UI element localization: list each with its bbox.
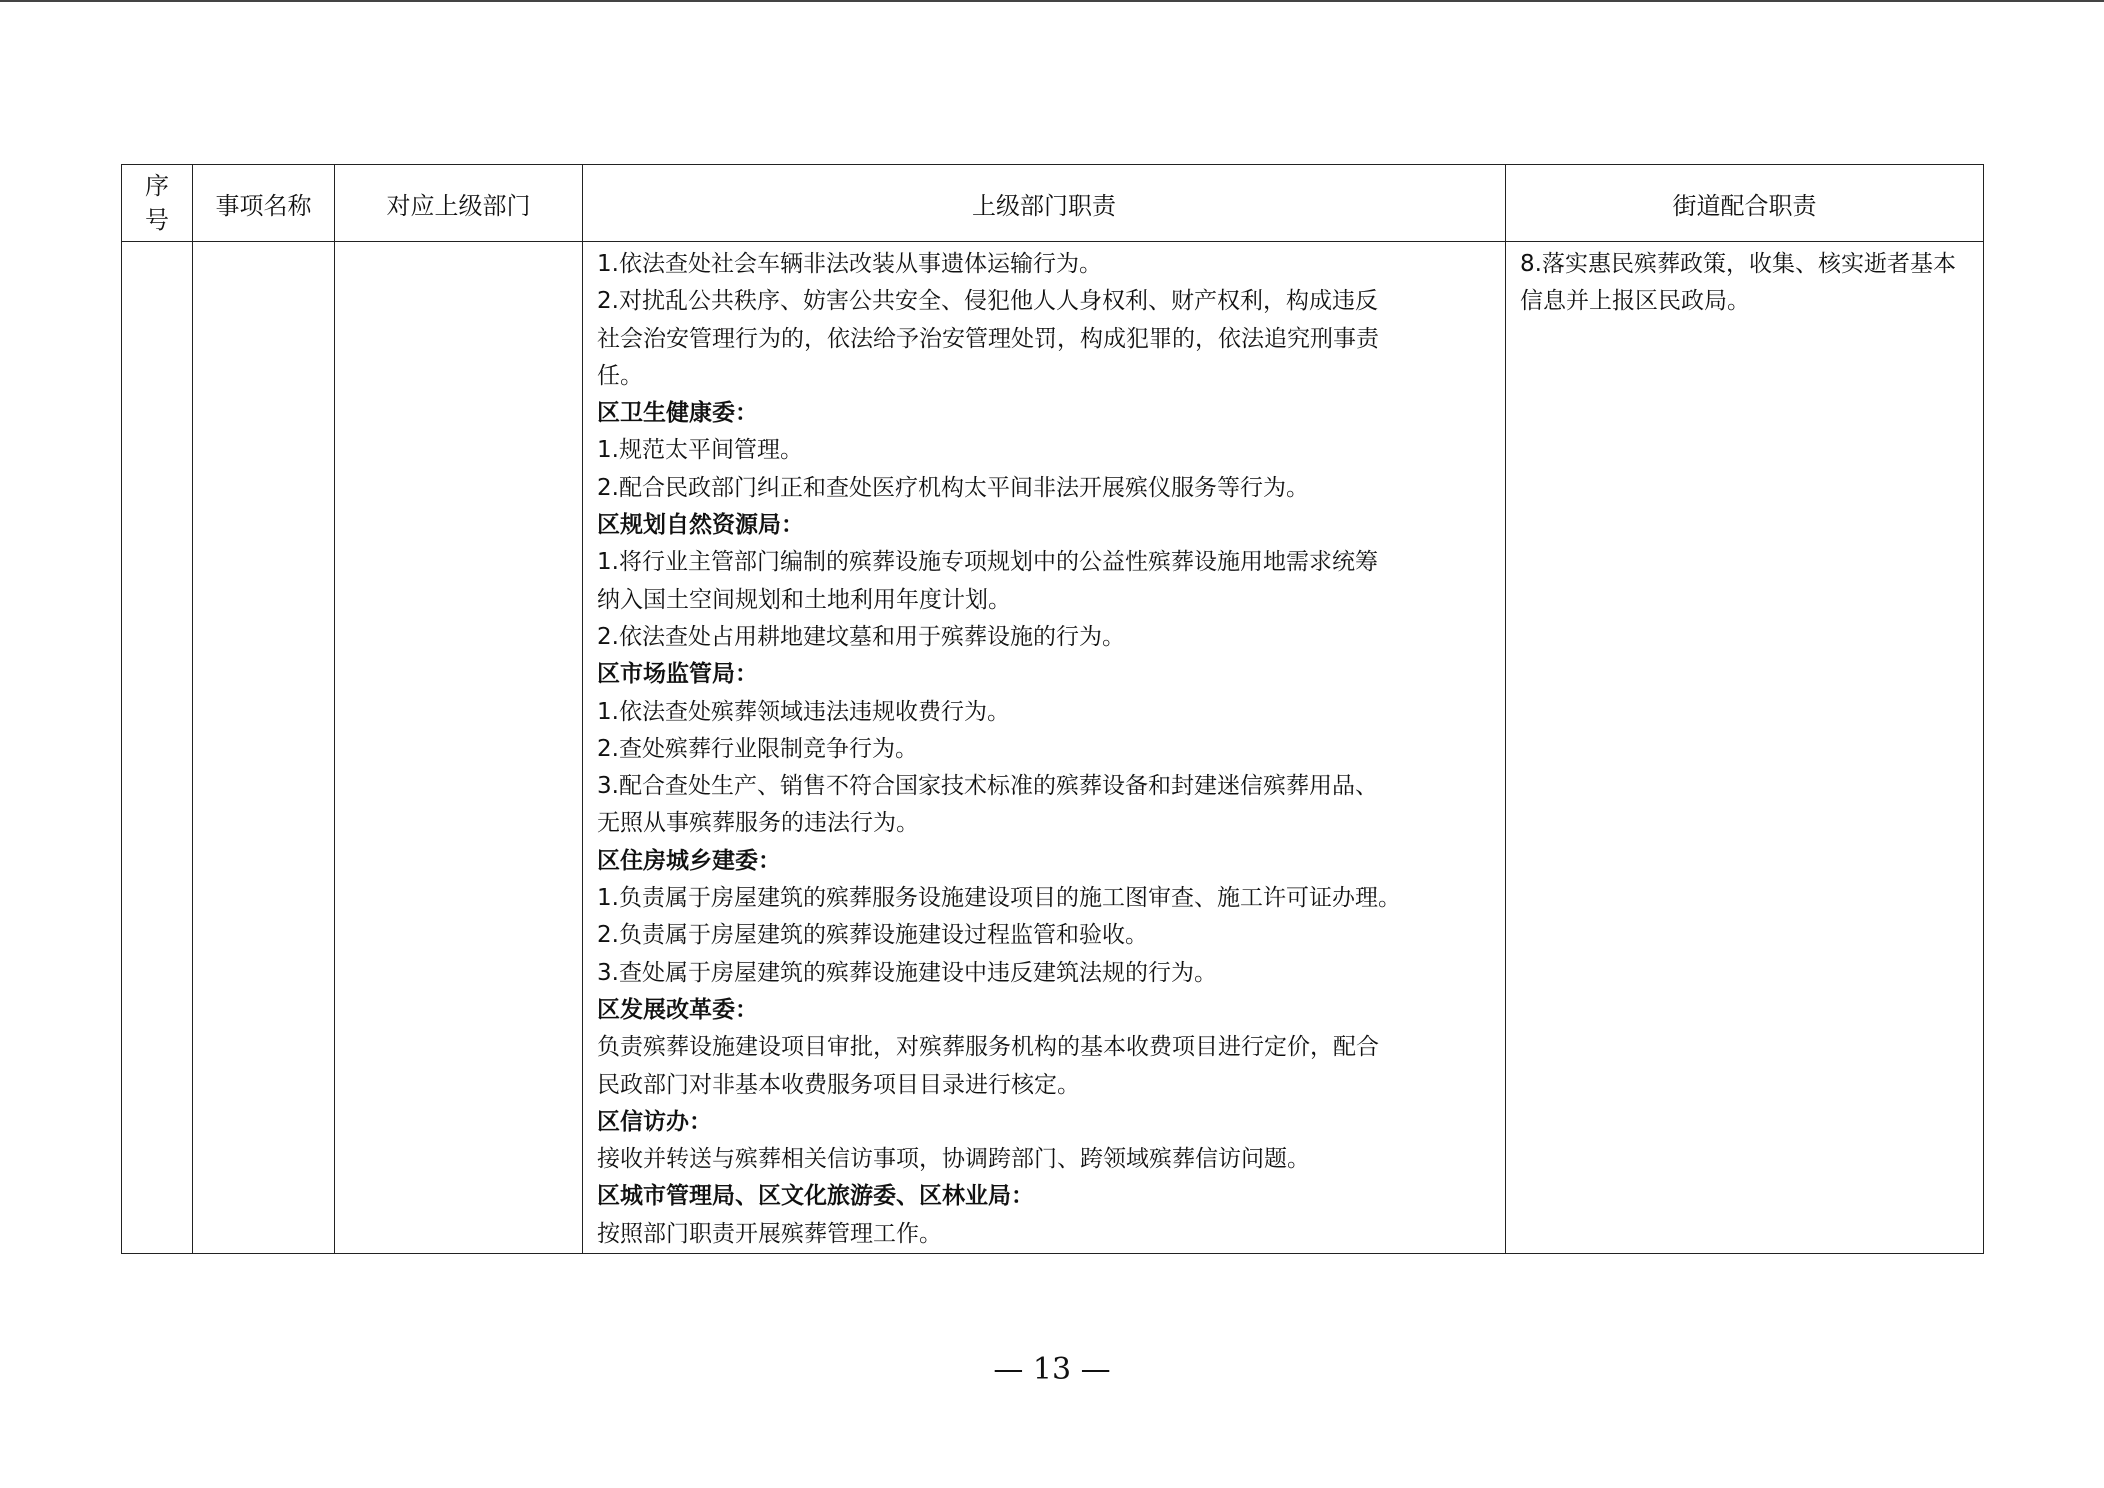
duty-line: 任。 bbox=[597, 358, 1493, 395]
duty-line: 负责殡葬设施建设项目审批，对殡葬服务机构的基本收费项目进行定价，配合 bbox=[597, 1029, 1493, 1066]
street-duties-text: 8.落实惠民殡葬政策，收集、核实逝者基本信息并上报区民政局。 bbox=[1506, 242, 1983, 321]
duty-line: 民政部门对非基本收费服务项目目录进行核定。 bbox=[597, 1067, 1493, 1104]
cell-street-duties: 8.落实惠民殡葬政策，收集、核实逝者基本信息并上报区民政局。 bbox=[1506, 242, 1984, 1254]
duty-line: 3.查处属于房屋建筑的殡葬设施建设中违反建筑法规的行为。 bbox=[597, 955, 1493, 992]
table-header-row: 序 号 事项名称 对应上级部门 上级部门职责 街道配合职责 bbox=[122, 165, 1984, 242]
duty-line: 2.依法查处占用耕地建坟墓和用于殡葬设施的行为。 bbox=[597, 619, 1493, 656]
dept-heading: 区发展改革委： bbox=[597, 992, 1493, 1029]
dept-heading: 区规划自然资源局： bbox=[597, 507, 1493, 544]
duty-line: 接收并转送与殡葬相关信访事项，协调跨部门、跨领域殡葬信访问题。 bbox=[597, 1141, 1493, 1178]
duty-line: 1.负责属于房屋建筑的殡葬服务设施建设项目的施工图审查、施工许可证办理。 bbox=[597, 880, 1493, 917]
duty-line: 1.依法查处殡葬领域违法违规收费行为。 bbox=[597, 694, 1493, 731]
duty-line: 纳入国土空间规划和土地利用年度计划。 bbox=[597, 582, 1493, 619]
duty-line: 2.查处殡葬行业限制竞争行为。 bbox=[597, 731, 1493, 768]
duty-line: 2.配合民政部门纠正和查处医疗机构太平间非法开展殡仪服务等行为。 bbox=[597, 470, 1493, 507]
dept-heading: 区卫生健康委： bbox=[597, 395, 1493, 432]
header-street-duties: 街道配合职责 bbox=[1506, 165, 1984, 242]
duty-line: 1.规范太平间管理。 bbox=[597, 432, 1493, 469]
page-top-border bbox=[0, 0, 2104, 2]
duties-table: 序 号 事项名称 对应上级部门 上级部门职责 街道配合职责 1.依法查处社会车辆… bbox=[121, 164, 1984, 1254]
duty-line: 1.将行业主管部门编制的殡葬设施专项规划中的公益性殡葬设施用地需求统筹 bbox=[597, 544, 1493, 581]
header-item-name: 事项名称 bbox=[193, 165, 335, 242]
duty-line: 社会治安管理行为的，依法给予治安管理处罚，构成犯罪的，依法追究刑事责 bbox=[597, 321, 1493, 358]
superior-duties-list: 1.依法查处社会车辆非法改装从事遗体运输行为。2.对扰乱公共秩序、妨害公共安全、… bbox=[583, 242, 1505, 1253]
dept-heading: 区市场监管局： bbox=[597, 656, 1493, 693]
cell-superior-dept bbox=[335, 242, 583, 1254]
duty-line: 无照从事殡葬服务的违法行为。 bbox=[597, 805, 1493, 842]
dept-heading: 区住房城乡建委： bbox=[597, 843, 1493, 880]
dept-heading: 区城市管理局、区文化旅游委、区林业局： bbox=[597, 1178, 1493, 1215]
duty-line: 2.对扰乱公共秩序、妨害公共安全、侵犯他人人身权利、财产权利，构成违反 bbox=[597, 283, 1493, 320]
duty-line: 2.负责属于房屋建筑的殡葬设施建设过程监管和验收。 bbox=[597, 917, 1493, 954]
header-seq-line2: 号 bbox=[145, 206, 169, 234]
header-superior-dept: 对应上级部门 bbox=[335, 165, 583, 242]
dept-heading: 区信访办： bbox=[597, 1104, 1493, 1141]
header-seq: 序 号 bbox=[122, 165, 193, 242]
duty-line: 按照部门职责开展殡葬管理工作。 bbox=[597, 1216, 1493, 1253]
cell-seq bbox=[122, 242, 193, 1254]
cell-item-name bbox=[193, 242, 335, 1254]
duty-line: 3.配合查处生产、销售不符合国家技术标准的殡葬设备和封建迷信殡葬用品、 bbox=[597, 768, 1493, 805]
duty-line: 1.依法查处社会车辆非法改装从事遗体运输行为。 bbox=[597, 246, 1493, 283]
table-row: 1.依法查处社会车辆非法改装从事遗体运输行为。2.对扰乱公共秩序、妨害公共安全、… bbox=[122, 242, 1984, 1254]
page-number: — 13 — bbox=[0, 1352, 2104, 1387]
cell-superior-duties: 1.依法查处社会车辆非法改装从事遗体运输行为。2.对扰乱公共秩序、妨害公共安全、… bbox=[583, 242, 1506, 1254]
header-superior-duties: 上级部门职责 bbox=[583, 165, 1506, 242]
header-seq-line1: 序 bbox=[145, 172, 169, 200]
